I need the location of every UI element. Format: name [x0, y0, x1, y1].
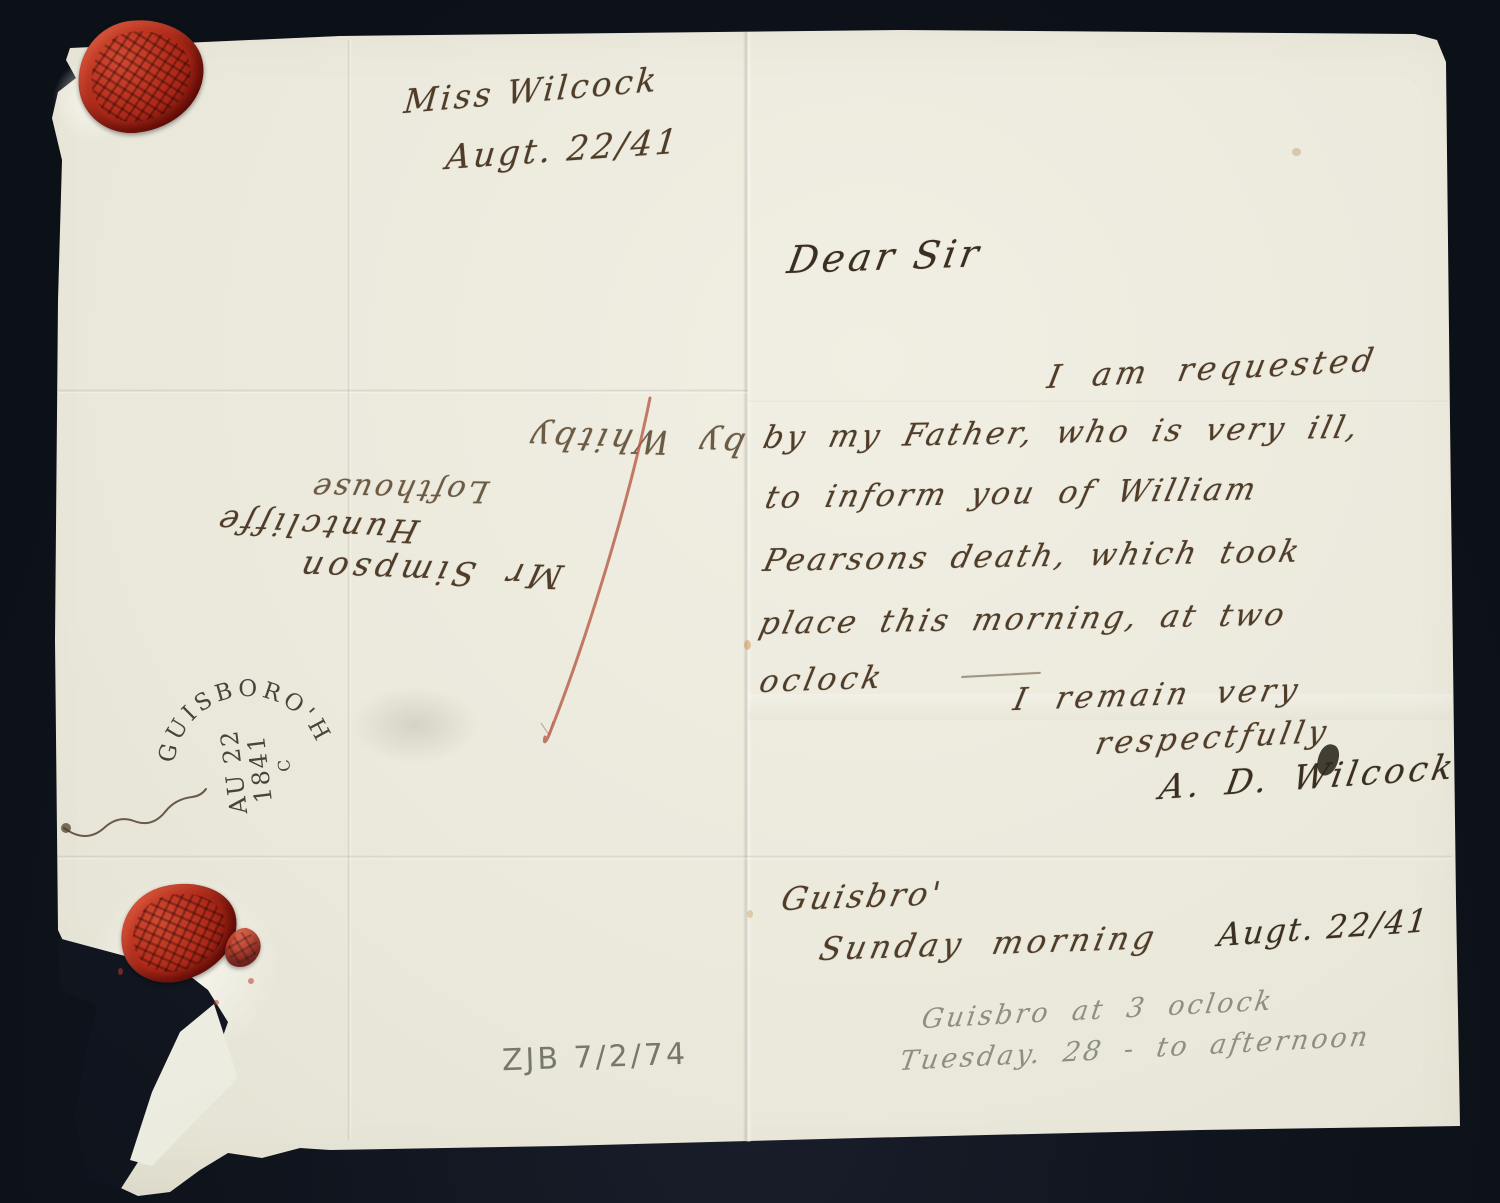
wax-speck — [214, 1000, 219, 1005]
fold-crease-upper-right — [748, 400, 1448, 404]
fold-crease-center — [743, 32, 752, 1142]
wax-speck — [118, 968, 123, 975]
address-line-3: Lofthouse — [304, 470, 492, 508]
body-line-6: oclock — [756, 660, 888, 701]
postmark-stamp: GUISBORO'H AU 22 1841 C — [150, 672, 346, 868]
photograph-background: Miss Wilcock Augt. 22/41 Dear Sir I am r… — [0, 0, 1500, 1203]
fox-spot — [747, 910, 753, 918]
fold-crease-upper — [58, 389, 748, 394]
fox-spot — [1292, 148, 1301, 156]
salutation: Dear Sir — [784, 231, 986, 282]
postmark-index-letter: C — [274, 758, 294, 772]
fox-spot — [744, 640, 751, 650]
ink-ghost-smudge — [350, 686, 480, 764]
wax-speck — [248, 978, 254, 984]
catalog-mark: ZJB 7/2/74 — [501, 1037, 688, 1078]
fold-crease-left — [347, 40, 352, 1140]
place-line: Guisbro' — [778, 874, 947, 918]
